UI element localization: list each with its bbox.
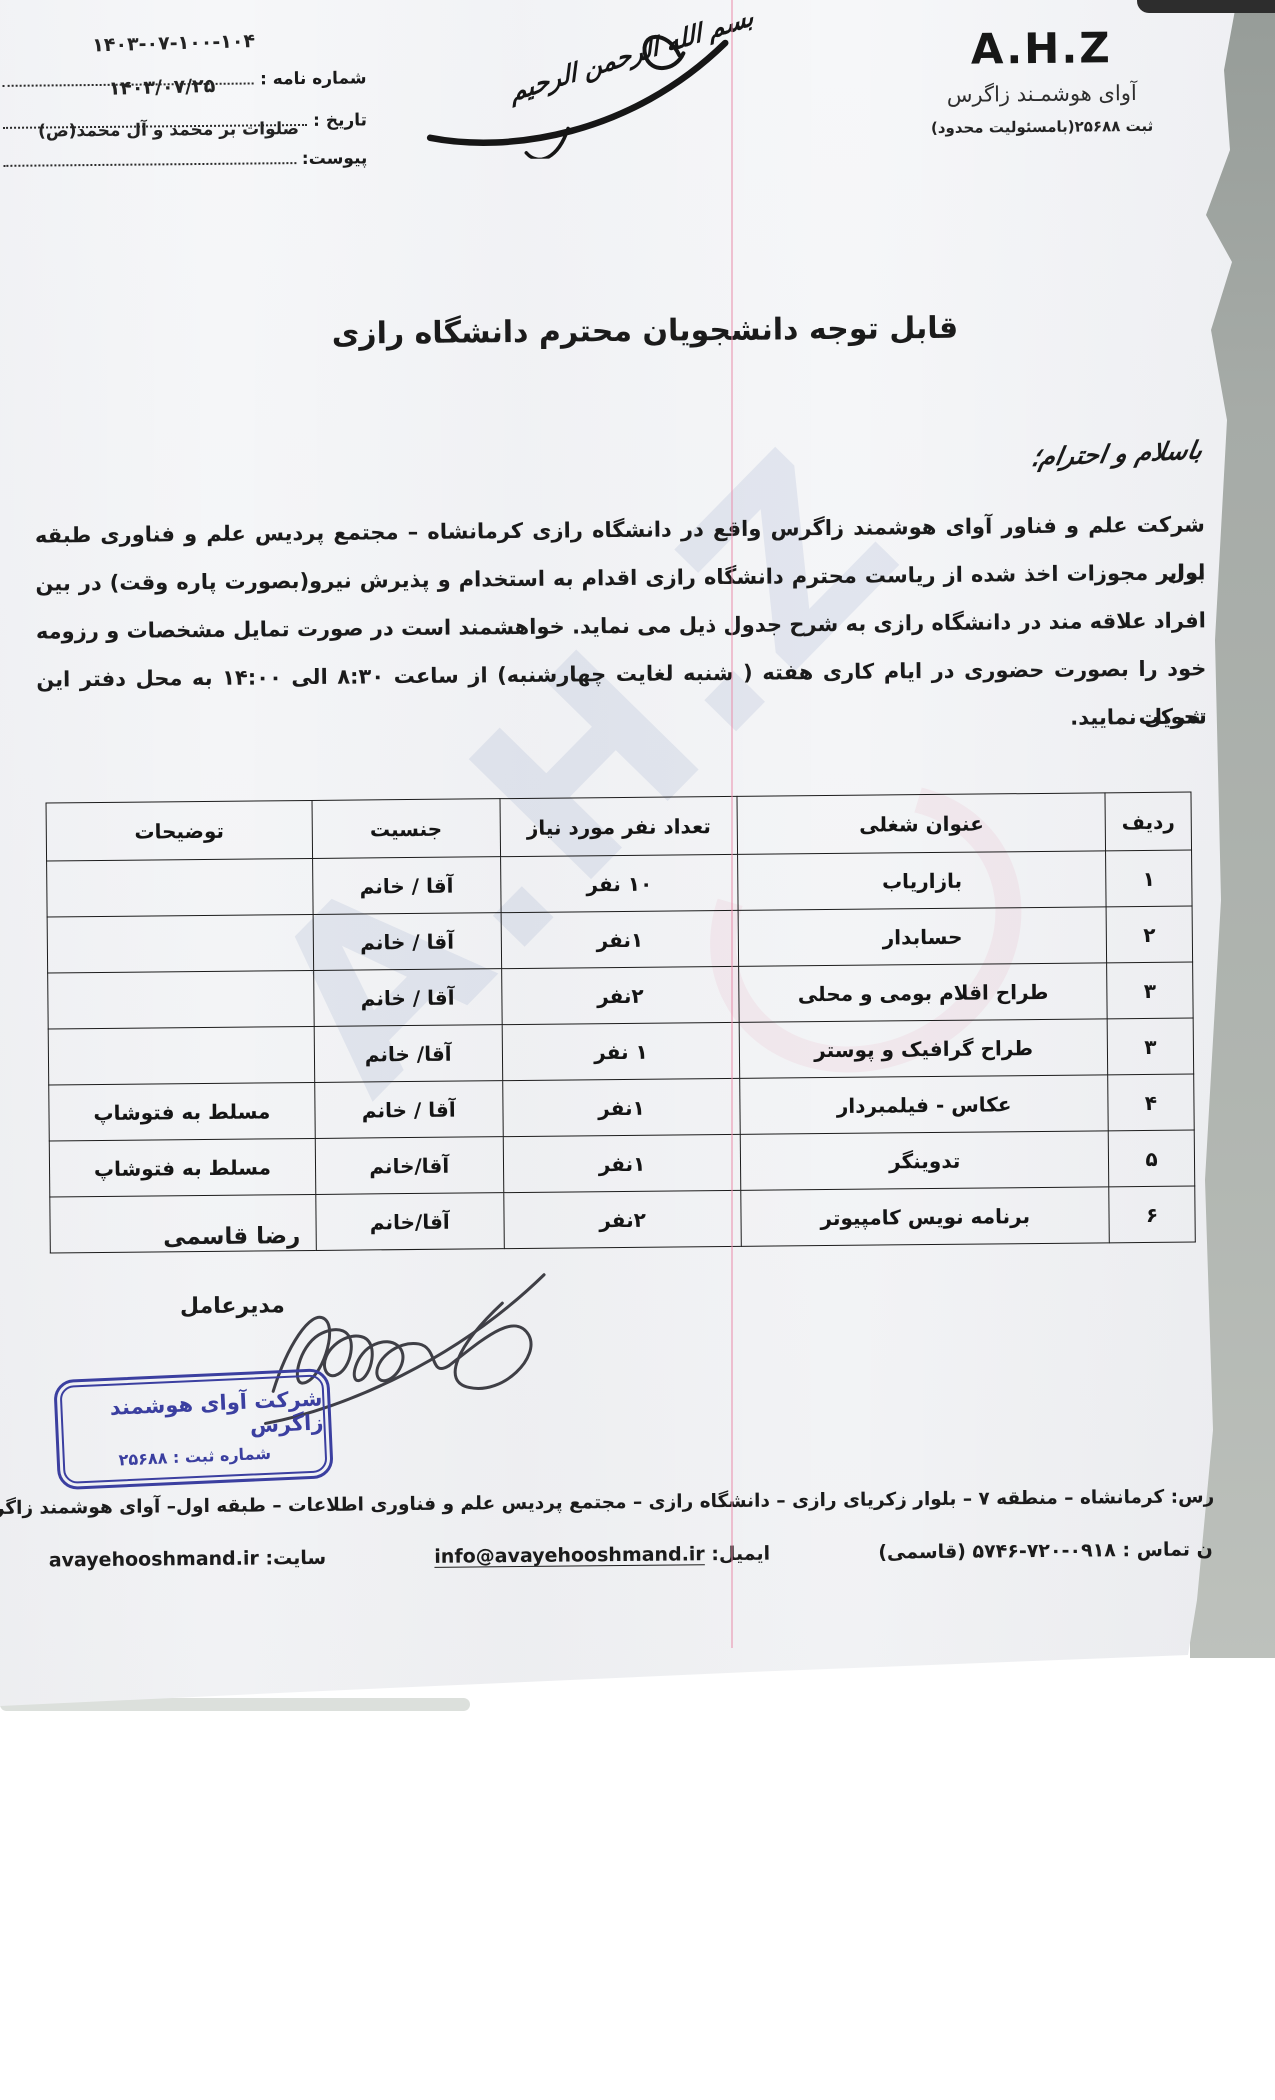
cell-gender: آقا / خانم: [313, 913, 501, 971]
letter-content: A.H.Z ۱۴۰۳-۰۷-۱۰۰-۱۰۴ شماره نامه : ۱۴۰۳/…: [0, 0, 1250, 1718]
cell-row: ۶: [1109, 1186, 1195, 1243]
cell-job: حسابدار: [738, 907, 1106, 967]
jobs-table: ردیف عنوان شغلی تعداد نفر مورد نیاز جنسی…: [46, 792, 1196, 1254]
cell-job: برنامه نویس کامپیوتر: [741, 1187, 1109, 1247]
scanned-letter: A.H.Z ۱۴۰۳-۰۷-۱۰۰-۱۰۴ شماره نامه : ۱۴۰۳/…: [0, 0, 1275, 2100]
cell-job: طراح اقلام بومی و محلی: [739, 963, 1107, 1023]
cell-row: ۳: [1107, 962, 1193, 1019]
attachment-row: پیوست:: [1, 142, 371, 172]
stamp-border-inner: شرکت آوای هوشمند زاگرس شماره ثبت : ۲۵۶۸۸: [59, 1374, 327, 1484]
col-header-notes: توضیحات: [46, 800, 312, 861]
letter-title: قابل توجه دانشجویان محترم دانشگاه رازی: [175, 309, 1115, 353]
date-value: ۱۴۰۳/۰۷/۲۵: [108, 75, 215, 100]
cell-count: ۱نفر: [502, 1078, 740, 1136]
cell-job: طراح گرافیک و پوستر: [740, 1019, 1108, 1079]
cell-job: عکاس - فیلمبردار: [740, 1075, 1108, 1135]
cell-count: ۱۰ نفر: [500, 854, 738, 912]
cell-count: ۲نفر: [501, 966, 739, 1024]
dotted-line: [3, 162, 296, 167]
cell-notes: [48, 1026, 314, 1085]
cell-row: ۴: [1108, 1074, 1194, 1131]
company-brand-block: A.H.Z آوای هوشمـند زاگرس ثبت ۲۵۶۸۸(بامسئ…: [910, 23, 1173, 138]
cell-notes: [47, 914, 313, 973]
cell-gender: آقا/ خانم: [314, 1025, 502, 1083]
basmala-calligraphy: بسم الله الرحمن الرحیم: [417, 9, 748, 160]
col-header-job: عنوان شغلی: [737, 793, 1105, 855]
email-value: info@avayehooshmand.ir: [434, 1543, 705, 1568]
cell-gender: آقا / خانم: [315, 1081, 503, 1139]
cell-notes: [48, 970, 314, 1029]
cell-job: تدوینگر: [741, 1131, 1109, 1191]
cell-gender: آقا / خانم: [313, 969, 501, 1027]
footer-address: رس: کرمانشاه – منطقه ۷ – بلوار زکریای را…: [42, 1486, 1214, 1518]
table-body: ۱بازاریاب۱۰ نفرآقا / خانم۲حسابدار۱نفرآقا…: [47, 850, 1196, 1253]
footer-phone: ن تماس : ۰۹۱۸-۷۲۰-۵۷۴۶ (قاسمی): [878, 1538, 1213, 1563]
stamp-registration-number: شماره ثبت : ۲۵۶۸۸: [118, 1444, 271, 1470]
scanner-edge-band: [1137, 0, 1275, 13]
cell-notes: [47, 858, 313, 917]
cell-row: ۳: [1107, 1018, 1193, 1075]
letter-number-label: شماره نامه :: [260, 68, 371, 89]
cell-notes: مسلط به فتوشاپ: [49, 1082, 315, 1141]
cell-row: ۱: [1106, 850, 1192, 907]
scanner-artifact-line: [731, 0, 733, 1648]
site-value: avayehooshmand.ir: [49, 1548, 259, 1572]
letter-body: شرکت علم و فناور آوای هوشمند زاگرس واقع …: [35, 500, 1207, 751]
attachment-value: صلوات بر محمد و آل محمد(ص): [38, 119, 299, 142]
company-registration: ثبت ۲۵۶۸۸(بامسئولیت محدود): [911, 117, 1173, 138]
footer-contacts: ن تماس : ۰۹۱۸-۷۲۰-۵۷۴۶ (قاسمی) ایمیل: in…: [49, 1538, 1213, 1571]
col-header-count: تعداد نفر مورد نیاز: [500, 796, 738, 856]
site-label: سایت:: [265, 1547, 326, 1570]
company-stamp: شرکت آوای هوشمند زاگرس شماره ثبت : ۲۵۶۸۸: [53, 1368, 334, 1490]
cell-count: ۱نفر: [503, 1134, 741, 1192]
col-header-row: ردیف: [1105, 792, 1192, 851]
date-label: تاریخ :: [313, 110, 371, 131]
email-label: ایمیل:: [711, 1543, 770, 1566]
letter-number-value: ۱۴۰۳-۰۷-۱۰۰-۱۰۴: [92, 30, 255, 56]
letter-meta-block: ۱۴۰۳-۰۷-۱۰۰-۱۰۴ شماره نامه : ۱۴۰۳/۰۷/۲۵ …: [0, 28, 370, 32]
company-name-fa: آوای هوشمـند زاگرس: [911, 81, 1173, 108]
company-logo: A.H.Z: [910, 23, 1172, 75]
footer-email: ایمیل: info@avayehooshmand.ir: [434, 1543, 770, 1568]
cell-notes: مسلط به فتوشاپ: [49, 1138, 315, 1197]
cell-count: ۱نفر: [501, 910, 739, 968]
attachment-label: پیوست:: [302, 148, 372, 169]
cell-job: بازاریاب: [738, 851, 1106, 911]
cell-row: ۲: [1106, 906, 1192, 963]
cell-row: ۵: [1108, 1130, 1194, 1187]
salutation: باسلام و احترام؛: [1030, 435, 1205, 472]
cell-gender: آقا / خانم: [312, 857, 500, 915]
cell-count: ۱ نفر: [502, 1022, 740, 1080]
cell-gender: آقا/خانم: [315, 1137, 503, 1195]
footer-site: سایت: avayehooshmand.ir: [49, 1547, 327, 1572]
col-header-gender: جنسیت: [312, 799, 500, 859]
stamp-company-name: شرکت آوای هوشمند زاگرس: [62, 1386, 324, 1446]
